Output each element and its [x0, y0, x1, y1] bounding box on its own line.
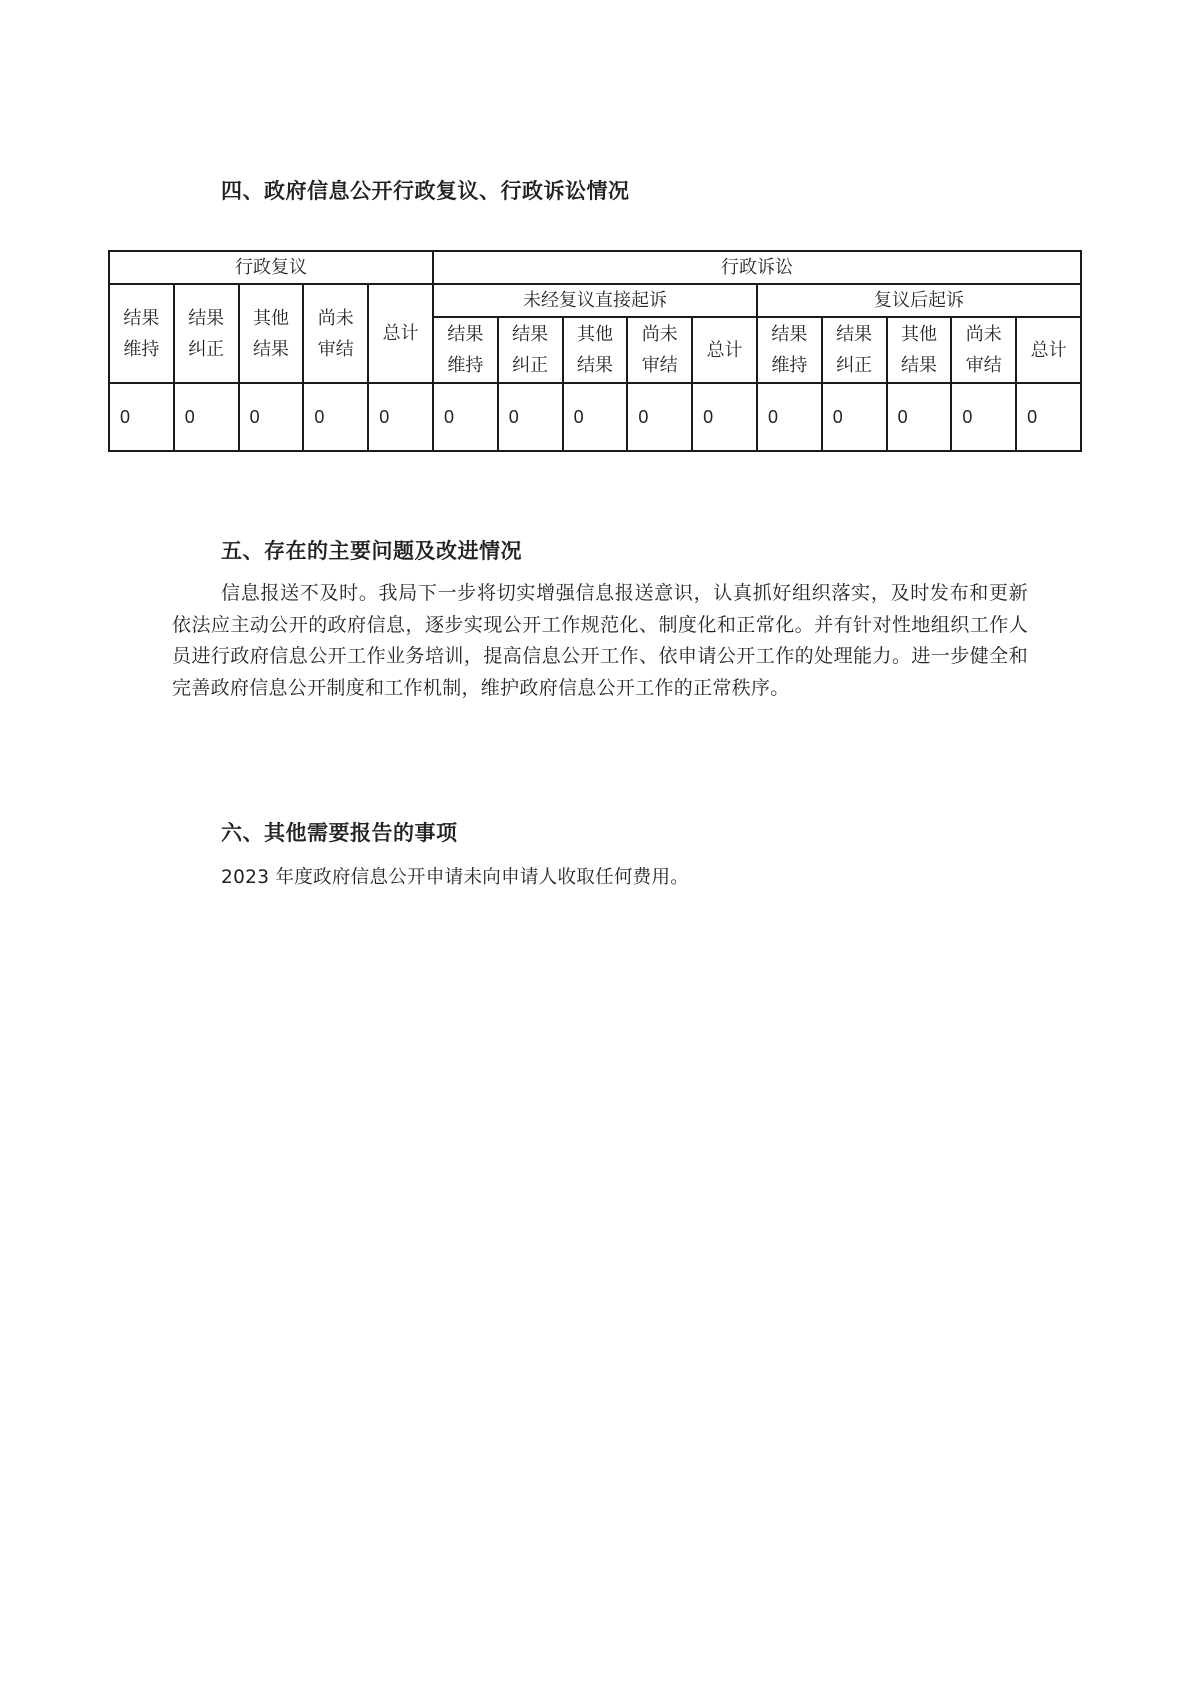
col-direct-upheld: 结果维持: [433, 317, 498, 383]
cell-value: 0: [239, 383, 304, 451]
section-5-paragraph: 信息报送不及时。我局下一步将切实增强信息报送意识，认真抓好组织落实，及时发布和更…: [172, 578, 1028, 704]
section-6-paragraph: 2023 年度政府信息公开申请未向申请人收取任何费用。: [221, 862, 1077, 894]
cell-value: 0: [951, 383, 1016, 451]
col-review-corrected: 结果纠正: [174, 284, 239, 383]
col-after-other: 其他结果: [887, 317, 952, 383]
cell-value: 0: [627, 383, 692, 451]
cell-value: 0: [822, 383, 887, 451]
cell-value: 0: [109, 383, 174, 451]
section-6-heading: 六、其他需要报告的事项: [221, 817, 458, 847]
section-4-heading: 四、政府信息公开行政复议、行政诉讼情况: [221, 175, 630, 205]
cell-value: 0: [174, 383, 239, 451]
col-review-pending: 尚未审结: [303, 284, 368, 383]
cell-value: 0: [692, 383, 757, 451]
header-administrative-review: 行政复议: [109, 251, 433, 284]
col-after-corrected: 结果纠正: [822, 317, 887, 383]
header-administrative-litigation: 行政诉讼: [433, 251, 1081, 284]
col-direct-other: 其他结果: [563, 317, 628, 383]
col-after-total: 总计: [1016, 317, 1081, 383]
cell-value: 0: [303, 383, 368, 451]
col-direct-corrected: 结果纠正: [498, 317, 563, 383]
header-direct-litigation: 未经复议直接起诉: [433, 284, 757, 317]
cell-value: 0: [498, 383, 563, 451]
cell-value: 0: [368, 383, 433, 451]
header-litigation-after-review: 复议后起诉: [757, 284, 1081, 317]
col-after-upheld: 结果维持: [757, 317, 822, 383]
col-direct-pending: 尚未审结: [627, 317, 692, 383]
cell-value: 0: [433, 383, 498, 451]
table-row-values: 0 0 0 0 0 0 0 0 0 0 0 0 0 0 0: [109, 383, 1081, 451]
col-direct-total: 总计: [692, 317, 757, 383]
cell-value: 0: [757, 383, 822, 451]
col-review-upheld: 结果维持: [109, 284, 174, 383]
cell-value: 0: [887, 383, 952, 451]
cell-value: 0: [1016, 383, 1081, 451]
col-after-pending: 尚未审结: [951, 317, 1016, 383]
section-5-heading: 五、存在的主要问题及改进情况: [221, 535, 522, 565]
review-litigation-table: 行政复议 行政诉讼 结果维持 结果纠正 其他结果 尚未审结 总计 未经复议直接起…: [108, 250, 1082, 452]
cell-value: 0: [563, 383, 628, 451]
col-review-total: 总计: [368, 284, 433, 383]
col-review-other: 其他结果: [239, 284, 304, 383]
